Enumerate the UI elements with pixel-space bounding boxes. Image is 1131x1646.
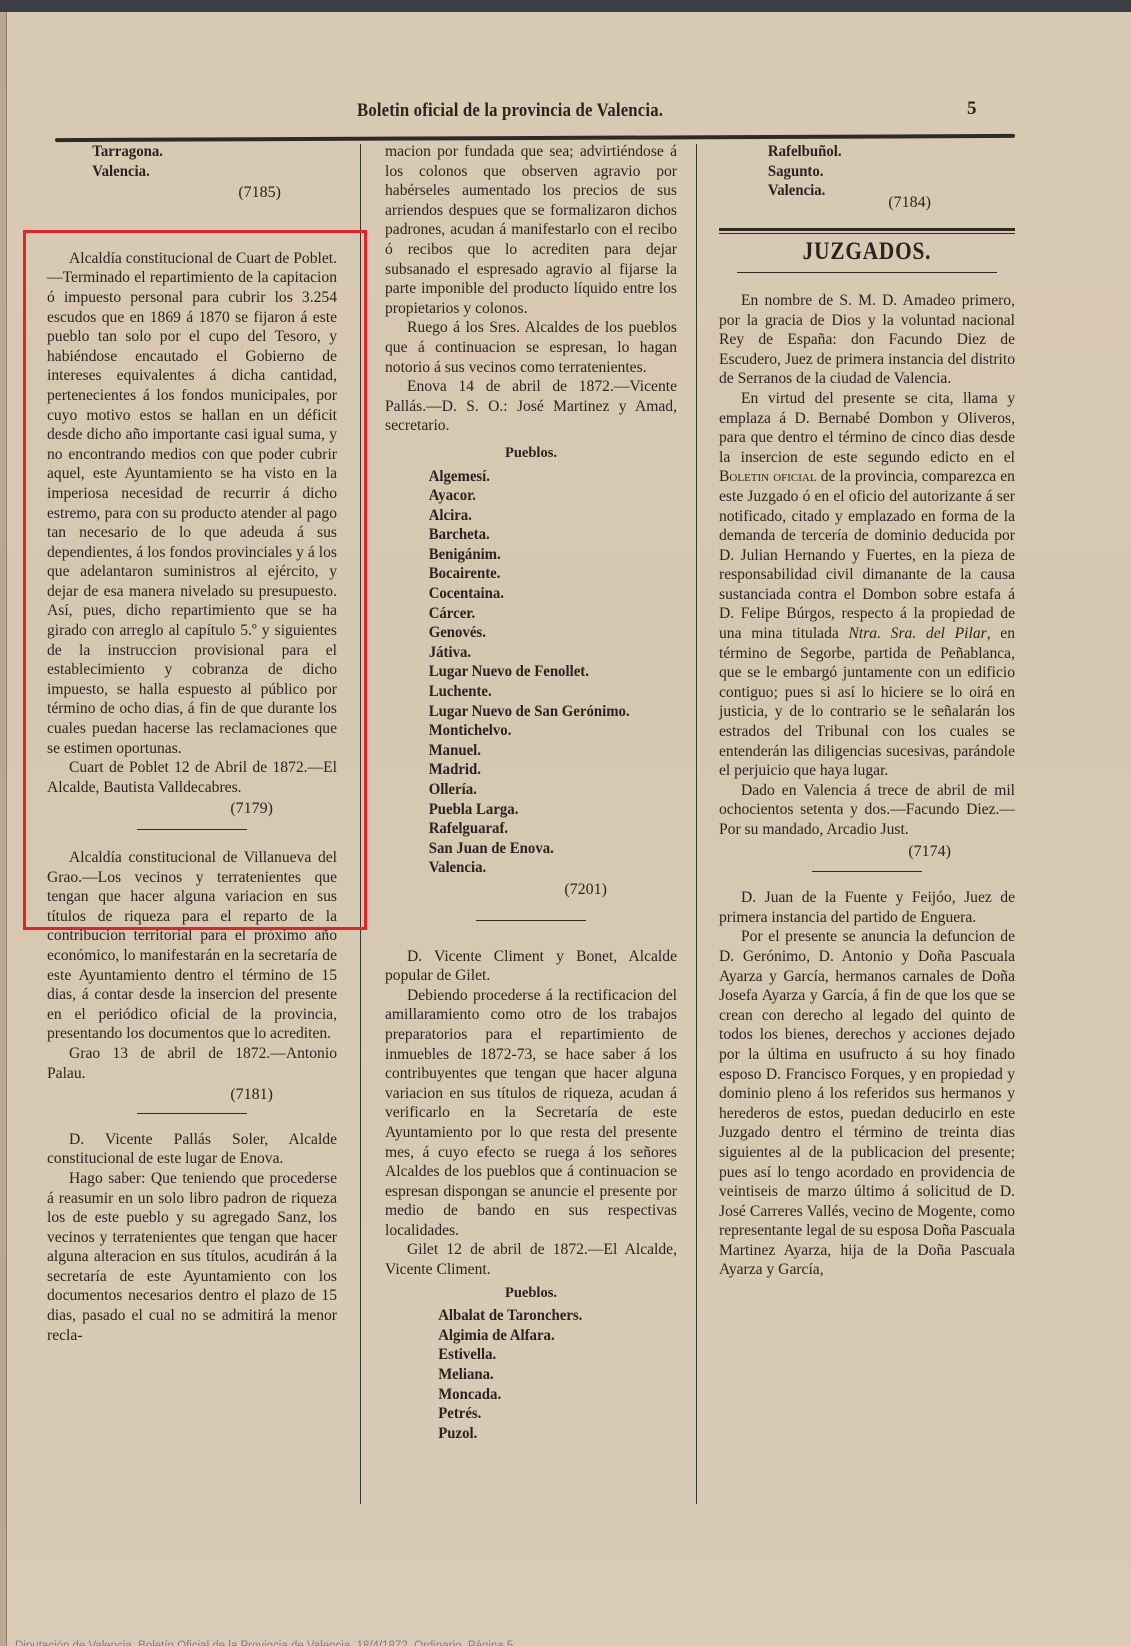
list-item: Bocairente. — [385, 564, 662, 584]
notice-body: En virtud del presente se cita, llama y … — [719, 389, 1015, 781]
newspaper-page: Boletin oficial de la provincia de Valen… — [7, 12, 1131, 1646]
notice-body: Alcaldía constitucional de Cuart de Pobl… — [47, 249, 337, 758]
scanner-top-edge — [0, 0, 1131, 12]
list-item: Ollería. — [385, 780, 662, 800]
list-item: Madrid. — [385, 760, 662, 780]
notice-signature: Grao 13 de abril de 1872.—Antonio Palau. — [47, 1044, 337, 1083]
column-divider-2 — [696, 144, 697, 1504]
notice-body: Ruego á los Sres. Alcaldes de los pueblo… — [385, 318, 677, 377]
list-item: Puzol. — [385, 1424, 662, 1444]
notice-cuart-de-poblet: Alcaldía constitucional de Cuart de Pobl… — [47, 249, 337, 830]
mine-name: Ntra. Sra. del Pilar — [849, 625, 987, 642]
list-item: Valencia. — [41, 162, 322, 182]
list-item: Cocentaina. — [385, 584, 662, 604]
list-item: Rafelbuñol. — [709, 142, 1000, 162]
notice-signature: Dado en Valencia á trece de abril de mil… — [719, 781, 1015, 840]
notice-enova: D. Vicente Pallás Soler, Alcalde constit… — [47, 1130, 337, 1346]
publication-title: Boletin oficial de la provincia de Valen… — [357, 100, 663, 122]
list-item: Rafelguaraf. — [385, 819, 662, 839]
notice-signature: Enova 14 de abril de 1872.—Vicente Pallá… — [385, 377, 677, 436]
column-divider-1 — [360, 144, 361, 1504]
list-item: Albalat de Taronchers. — [385, 1306, 662, 1326]
list-item: Valencia. — [709, 181, 1000, 201]
pueblos-list: Albalat de Taronchers. Algimia de Alfara… — [385, 1306, 677, 1443]
text-run: , en término de Segorbe, partida de Peña… — [719, 625, 1015, 779]
notice-body: Debiendo procederse á la rectificacion d… — [385, 986, 677, 1241]
page-header: Boletin oficial de la provincia de Valen… — [7, 86, 1131, 126]
list-item: Valencia. — [385, 858, 662, 878]
notice-ref-number: (7201) — [385, 880, 677, 900]
section-rule-bottom — [737, 272, 997, 273]
notice-heading: D. Vicente Climent y Bonet, Alcalde popu… — [385, 947, 677, 986]
notice-body: macion por fundada que sea; advirtiéndos… — [385, 142, 677, 318]
section-rule-thin — [719, 233, 1015, 234]
list-item: Luchente. — [385, 682, 662, 702]
notice-ref-number: (7181) — [47, 1085, 337, 1105]
list-item: Petrés. — [385, 1404, 662, 1424]
archive-footer: Diputación de Valencia. Boletín Oficial … — [15, 1640, 513, 1646]
pueblos-heading: Pueblos. — [385, 1284, 677, 1304]
list-item: Ayacor. — [385, 486, 662, 506]
column-2: macion por fundada que sea; advirtiéndos… — [385, 142, 677, 1443]
text-run: En virtud del presente se cita, llama y … — [719, 390, 1015, 466]
list-item: Estivella. — [385, 1345, 662, 1365]
list-item: Lugar Nuevo de Fenollet. — [385, 662, 662, 682]
notice-body: En nombre de S. M. D. Amadeo primero, po… — [719, 291, 1015, 389]
column-3: Rafelbuñol. Sagunto. Valencia. (7184) JU… — [719, 142, 1015, 1280]
notice-ref-number: (7179) — [47, 799, 337, 819]
boletin-small-caps: Boletin oficial — [719, 468, 817, 485]
page-binding-edge — [0, 12, 7, 1646]
list-item: Algimia de Alfara. — [385, 1326, 662, 1346]
notice-body: Por el presente se anuncia la defuncion … — [719, 927, 1015, 1280]
header-rule — [55, 134, 1015, 142]
notice-signature: Gilet 12 de abril de 1872.—El Alcalde, V… — [385, 1240, 677, 1279]
list-item: Játiva. — [385, 643, 662, 663]
list-item: Tarragona. — [41, 142, 322, 162]
notice-juzgado-enguera: D. Juan de la Fuente y Feijóo, Juez de p… — [719, 888, 1015, 1280]
notice-juzgado-serranos: En nombre de S. M. D. Amadeo primero, po… — [719, 291, 1015, 872]
list-item: Sagunto. — [709, 162, 1000, 182]
page-number: 5 — [967, 98, 977, 120]
separator — [812, 871, 922, 872]
notice-ref-number: (7174) — [719, 842, 1015, 862]
separator — [137, 1113, 247, 1114]
notice-enova-continued: macion por fundada que sea; advirtiéndos… — [385, 142, 677, 436]
separator — [476, 920, 586, 921]
notice-gilet: D. Vicente Climent y Bonet, Alcalde popu… — [385, 947, 677, 1444]
list-item: Meliana. — [385, 1365, 662, 1385]
list-item: Puebla Larga. — [385, 800, 662, 820]
text-run: de la provincia, comparezca en este Juzg… — [719, 468, 1015, 642]
list-item: Cárcer. — [385, 604, 662, 624]
list-item: Lugar Nuevo de San Gerónimo. — [385, 702, 662, 722]
list-item: Moncada. — [385, 1385, 662, 1405]
list-item: Benigánim. — [385, 545, 662, 565]
list-item: Barcheta. — [385, 525, 662, 545]
list-item: Manuel. — [385, 741, 662, 761]
list-item: Alcira. — [385, 506, 662, 526]
section-title: JUZGADOS. — [741, 242, 993, 262]
pueblos-list: Algemesí. Ayacor. Alcira. Barcheta. Beni… — [385, 467, 677, 878]
list-item: Algemesí. — [385, 467, 662, 487]
list-item: San Juan de Enova. — [385, 839, 662, 859]
column-1: Tarragona. Valencia. (7185) Alcaldía con… — [47, 142, 337, 1345]
section-rule-thick — [719, 228, 1015, 231]
town-list: Rafelbuñol. Sagunto. Valencia. — [709, 142, 1015, 201]
notice-signature: Cuart de Poblet 12 de Abril de 1872.—El … — [47, 758, 337, 797]
town-list: Tarragona. Valencia. — [41, 142, 337, 181]
notice-villanueva-del-grao: Alcaldía constitucional de Villanueva de… — [47, 848, 337, 1114]
notice-body: Hago saber: Que teniendo que procederse … — [47, 1169, 337, 1345]
notice-body: Alcaldía constitucional de Villanueva de… — [47, 848, 337, 1044]
notice-heading: D. Juan de la Fuente y Feijóo, Juez de p… — [719, 888, 1015, 927]
list-item: Montichelvo. — [385, 721, 662, 741]
notice-ref-number: (7185) — [47, 183, 337, 203]
notice-heading: D. Vicente Pallás Soler, Alcalde constit… — [47, 1130, 337, 1169]
pueblos-heading: Pueblos. — [385, 444, 677, 464]
separator — [137, 829, 247, 830]
list-item: Genovés. — [385, 623, 662, 643]
